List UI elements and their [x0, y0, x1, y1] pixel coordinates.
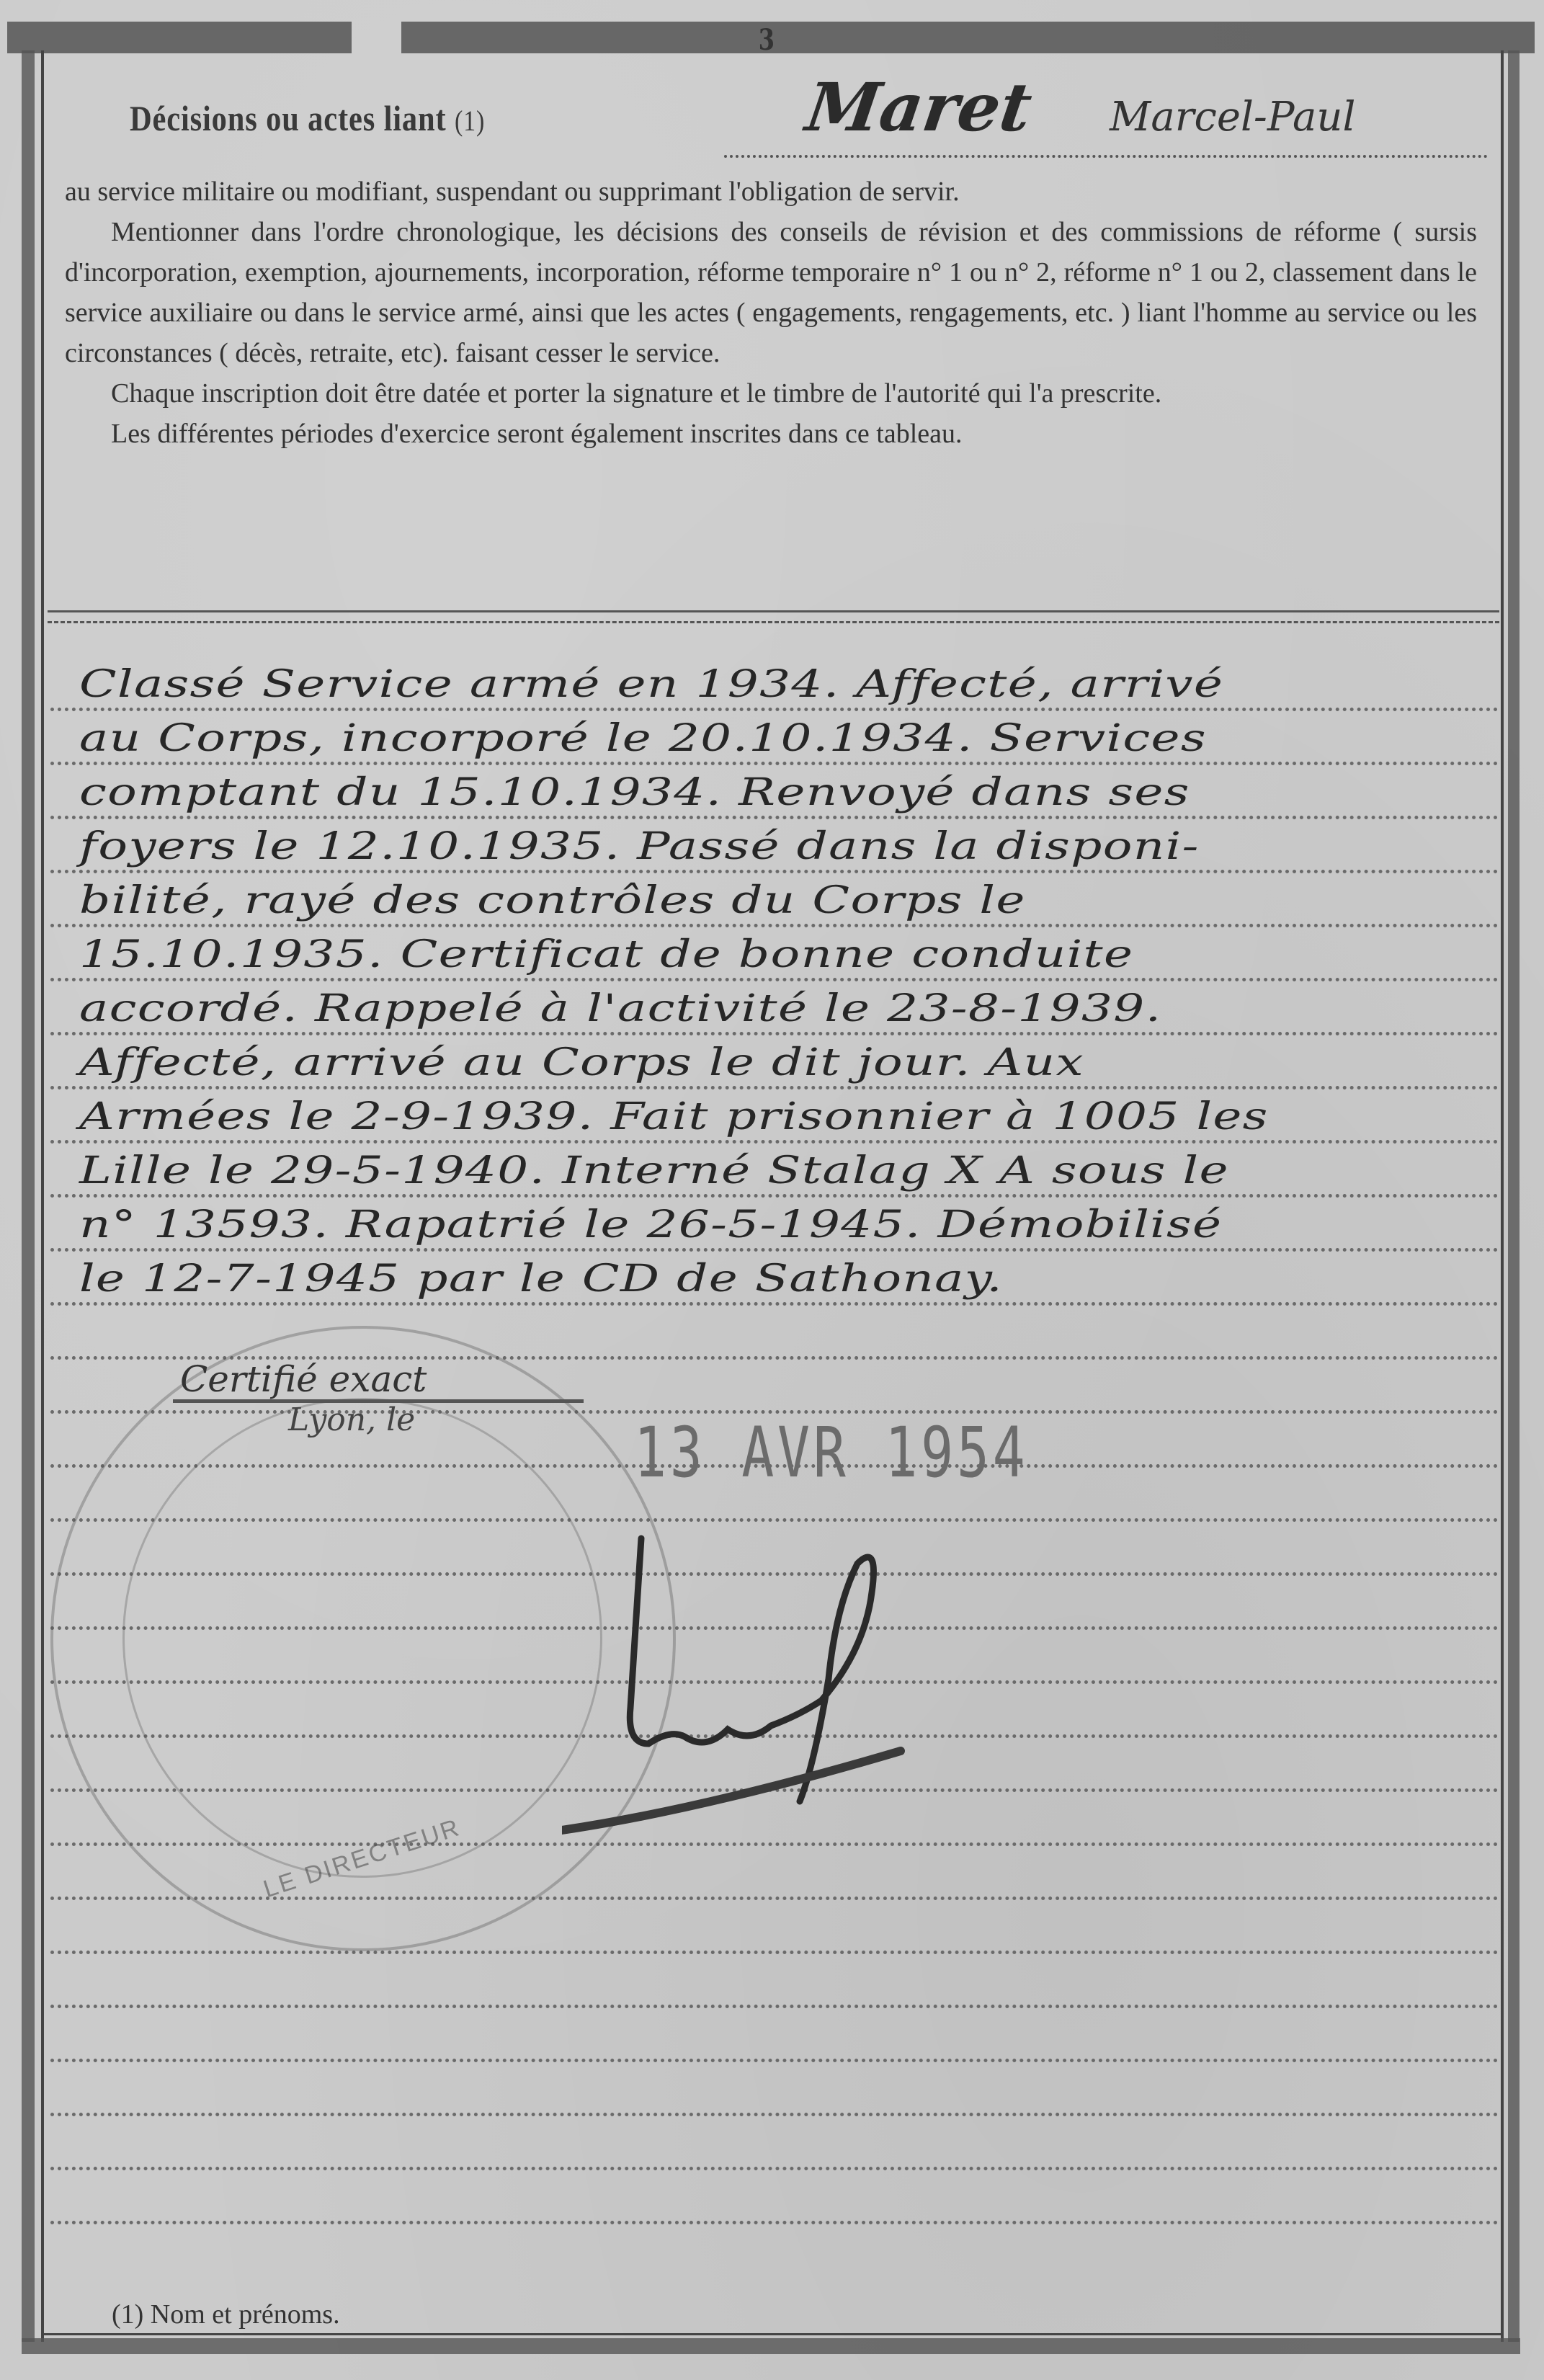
entry-line: Armées le 2-9-1939. Fait prisonnier à 10…: [79, 1095, 1269, 1138]
certification-text: Certifié exact: [180, 1358, 427, 1400]
top-border-right: [401, 22, 1535, 53]
ruled-line: [50, 2005, 1499, 2008]
instruction-paragraph: Mentionner dans l'ordre chronologique, l…: [65, 212, 1477, 373]
frame-right-inner: [1501, 50, 1504, 2342]
ruled-line: [50, 816, 1499, 819]
title-footnote-ref: (1): [455, 104, 485, 137]
instruction-paragraph: Chaque inscription doit être datée et po…: [65, 373, 1477, 414]
ruled-line: [50, 762, 1499, 765]
entry-line: 15.10.1935. Certificat de bonne conduite: [79, 933, 1133, 976]
instructions: au service militaire ou modifiant, suspe…: [65, 171, 1477, 454]
entry-line: comptant du 15.10.1934. Renvoyé dans ses: [79, 771, 1190, 814]
entry-line: bilité, rayé des contrôles du Corps le: [79, 879, 1026, 922]
ruled-line: [50, 924, 1499, 927]
page-number: 3: [759, 23, 775, 57]
entry-line: n° 13593. Rapatrié le 26-5-1945. Démobil…: [79, 1203, 1222, 1247]
instruction-line: au service militaire ou modifiant, suspe…: [65, 171, 1477, 212]
entry-line: Lille le 29-5-1940. Interné Stalag X A s…: [79, 1149, 1229, 1193]
signature: [562, 1535, 1052, 1837]
official-seal-inner: [122, 1398, 602, 1878]
ruled-line: [50, 1032, 1499, 1035]
entry-line: le 12-7-1945 par le CD de Sathonay.: [79, 1257, 1003, 1301]
section-divider: [48, 621, 1499, 623]
given-names-handwritten: Marcel-Paul: [1110, 94, 1355, 141]
certification-place: Lyon, le: [288, 1401, 415, 1438]
entry-line: accordé. Rappelé à l'activité le 23-8-19…: [79, 987, 1161, 1030]
title-text: Décisions ou actes liant: [130, 98, 446, 138]
ruled-line: [50, 1140, 1499, 1144]
frame-bottom: [22, 2338, 1520, 2354]
ruled-line: [50, 2059, 1499, 2062]
frame-left: [22, 50, 35, 2342]
frame-left-inner: [41, 50, 44, 2342]
ruled-line: [50, 1086, 1499, 1089]
ruled-line: [50, 1302, 1499, 1306]
entry-line: Affecté, arrivé au Corps le dit jour. Au…: [79, 1041, 1084, 1084]
ruled-line: [50, 2221, 1499, 2224]
frame-bottom-inner: [43, 2333, 1502, 2335]
ruled-line: [50, 870, 1499, 873]
ruled-line: [50, 708, 1499, 711]
entry-line: foyers le 12.10.1935. Passé dans la disp…: [79, 825, 1200, 868]
form-title: Décisions ou actes liant (1): [130, 97, 485, 139]
surname-handwritten: Maret: [801, 68, 1036, 146]
document-page: 3 Décisions ou actes liant (1) Maret Mar…: [0, 0, 1544, 2380]
frame-right: [1508, 50, 1520, 2342]
ruled-line: [50, 2113, 1499, 2116]
instruction-paragraph: Les différentes périodes d'exercice sero…: [65, 414, 1477, 454]
entry-line: au Corps, incorporé le 20.10.1934. Servi…: [79, 717, 1207, 760]
top-border-left: [7, 22, 352, 53]
ruled-line: [50, 978, 1499, 981]
entry-line: Classé Service armé en 1934. Affecté, ar…: [79, 663, 1223, 706]
name-field-line: [724, 155, 1488, 158]
ruled-line: [50, 1951, 1499, 1954]
ruled-line: [50, 1248, 1499, 1252]
section-divider: [48, 610, 1499, 612]
footnote: (1) Nom et prénoms.: [112, 2299, 340, 2330]
date-stamp: 13 AVR 1954: [634, 1412, 1028, 1493]
ruled-line: [50, 1194, 1499, 1198]
ruled-line: [50, 2167, 1499, 2170]
